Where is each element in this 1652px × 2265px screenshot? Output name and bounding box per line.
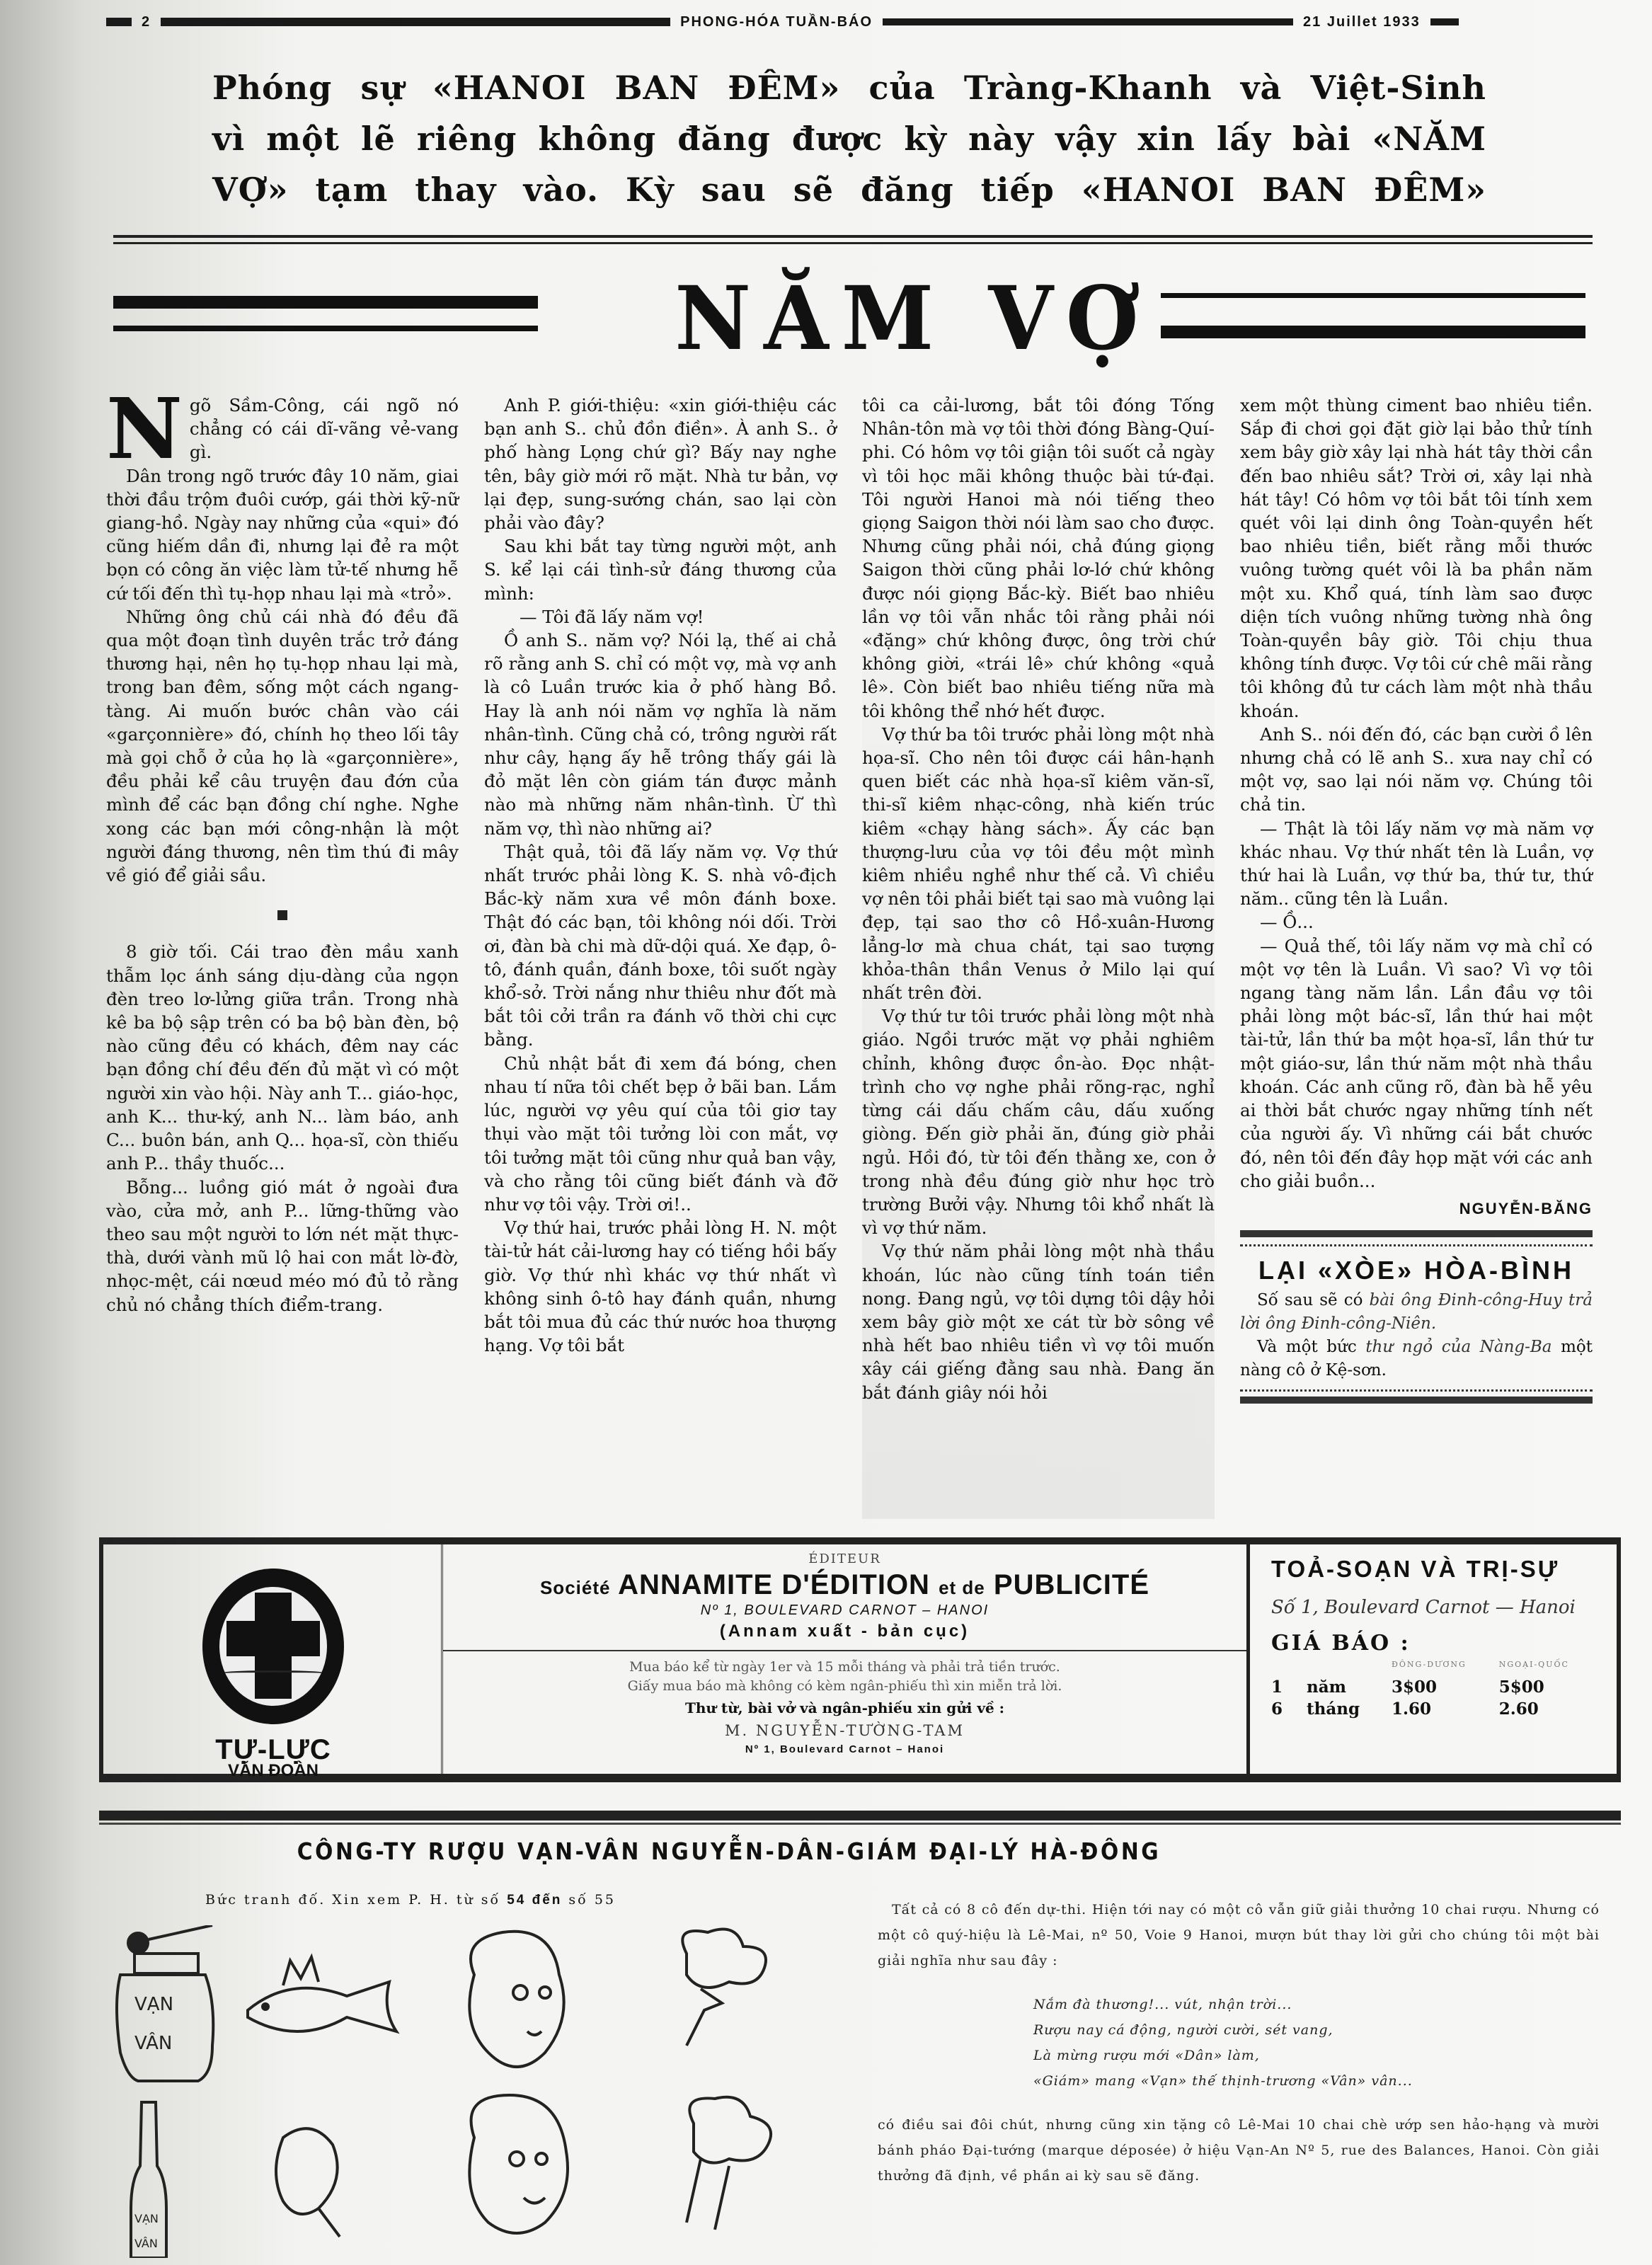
paragraph: Anh S.. nói đến đó, các bạn cười ồ lên n… xyxy=(1240,723,1593,817)
contest-intro: Tất cả có 8 cô đến dự-thi. Hiện tới nay … xyxy=(878,1897,1600,1973)
paragraph: Vợ thứ ba tôi trước phải lòng một nhà họ… xyxy=(862,723,1215,1004)
paragraph: Anh P. giới-thiệu: «xin giới-thiệu các b… xyxy=(484,394,837,534)
section-rule xyxy=(99,1811,1621,1820)
drop-cap: N xyxy=(106,396,183,461)
company-address: Nº 1, BOULEVARD CARNOT – HANOI xyxy=(443,1602,1246,1619)
paragraph: Chủ nhật bắt đi xem đá bóng, chen nhau t… xyxy=(484,1052,837,1216)
dialogue-line: — Tôi đã lấy năm vợ! xyxy=(484,605,837,629)
author-signature: NGUYỄN-BĂNG xyxy=(1240,1197,1593,1220)
woman-face-icon xyxy=(469,2095,568,2233)
paragraph: tôi ca cải-lương, bắt tôi đóng Tống Nhân… xyxy=(862,394,1215,723)
dialogue-line: — Thật là tôi lấy năm vợ mà năm vợ khác … xyxy=(1240,817,1593,911)
dialogue-line: — Quả thế, tôi lấy năm vợ mà chỉ có một … xyxy=(1240,934,1593,1193)
header-rule xyxy=(883,18,1293,25)
title-rule xyxy=(1161,293,1585,298)
subscription-note: Giấy mua báo mà không có kèm ngân-phiếu … xyxy=(443,1678,1246,1695)
price-table: ĐÔNG-DƯƠNG NGOẠI-QUỐC 1 năm 3$00 5$00 6 … xyxy=(1271,1660,1600,1720)
paragraph: 8 giờ tối. Cái trao đèn mầu xanh thẫm lọ… xyxy=(106,940,459,1175)
rebus-drawings: VẠN VÂN VẠN VÂN xyxy=(106,1925,856,2258)
issue-date: 21 Juillet 1933 xyxy=(1303,14,1421,30)
tu-luc-logo: TỰ-LỰC VĂN ĐOÀN xyxy=(103,1544,443,1774)
box-rule xyxy=(1240,1397,1593,1404)
poem-line: Rượu nay cá động, người cười, sét vang, xyxy=(1033,2017,1600,2043)
announcement-title: LẠI «XÒE» HÒA-BÌNH xyxy=(1240,1258,1593,1282)
wine-bottle-icon: VẠN VÂN xyxy=(131,2102,166,2258)
newspaper-page: 2 PHONG-HÓA TUẦN-BÁO 21 Juillet 1933 Phó… xyxy=(0,0,1652,2265)
office-address: Số 1, Boulevard Carnot — Hanoi xyxy=(1271,1597,1600,1618)
poem-line: «Giám» mang «Vạn» thế thịnh-trương «Vân»… xyxy=(1033,2068,1600,2094)
office-title: TOẢ-SOẠN VÀ TRỊ-SỰ xyxy=(1271,1556,1600,1583)
header-rule xyxy=(1430,18,1459,25)
paragraph: Thật quả, tôi đã lấy năm vợ. Vợ thứ nhất… xyxy=(484,840,837,1052)
subscription-note: Mua báo kể từ ngày 1er và 15 mỗi tháng v… xyxy=(443,1658,1246,1676)
contest-text: Tất cả có 8 cô đến dự-thi. Hiện tới nay … xyxy=(878,1897,1600,2189)
publisher-info: ÉDITEUR Société ANNAMITE D'ÉDITION et de… xyxy=(443,1544,1250,1774)
title-rule xyxy=(113,296,538,309)
column-header: ĐÔNG-DƯƠNG xyxy=(1392,1660,1499,1676)
article-columns: Ngõ Sầm-Công, cái ngõ nó chẳng có cái dĩ… xyxy=(106,394,1593,1519)
publication-name: PHONG-HÓA TUẦN-BÁO xyxy=(680,14,873,30)
logo-subtitle: VĂN ĐOÀN xyxy=(103,1761,443,1781)
cross-emblem-icon xyxy=(202,1569,344,1724)
puzzle-caption: Bức tranh đố. Xin xem P. H. từ số 54 đến… xyxy=(205,1892,616,1908)
paragraph: Vợ thứ năm phải lòng một nhà thầu khoán,… xyxy=(862,1239,1215,1404)
send-to-label: Thư từ, bài vở và ngân-phiếu xin gửi về … xyxy=(443,1699,1246,1716)
header-rule xyxy=(106,18,132,26)
page-number: 2 xyxy=(142,14,151,30)
announcement-line: Và một bức thư ngỏ của Nàng-Ba một nàng … xyxy=(1240,1336,1593,1382)
svg-text:VẠN: VẠN xyxy=(134,2212,159,2225)
dialogue-line: — Ồ... xyxy=(1240,910,1593,934)
woman-face-icon xyxy=(469,1932,563,2067)
poem-line: Nắm đà thương!... vút, nhận trời... xyxy=(1033,1992,1600,2017)
paragraph: Vợ thứ tư tôi trước phải lòng một nhà gi… xyxy=(862,1004,1215,1239)
double-rule-top xyxy=(113,235,1593,238)
wine-jar-icon: VẠN VÂN xyxy=(117,1925,213,2081)
announcement-line: Số sau sẽ có bài ông Đinh-công-Huy trả l… xyxy=(1240,1289,1593,1336)
announcement-box: LẠI «XÒE» HÒA-BÌNH Số sau sẽ có bài ông … xyxy=(1240,1230,1593,1404)
paragraph: Sau khi bắt tay từng người một, anh S. k… xyxy=(484,534,837,605)
box-rule xyxy=(1240,1230,1593,1237)
editorial-notice: Phóng sự «HANOI BAN ĐÊM» của Tràng-Khanh… xyxy=(212,62,1486,215)
contest-closing: có điều sai đôi chút, nhưng cũng xin tặn… xyxy=(878,2112,1600,2189)
svg-text:VẠN: VẠN xyxy=(134,1994,173,2015)
curled-fish-icon xyxy=(276,2128,340,2237)
title-rule xyxy=(1161,326,1585,338)
paragraph: Bỗng... luồng gió mát ở ngoài đưa vào, c… xyxy=(106,1176,459,1317)
poem-line: Là mừng rượu mới «Dân» làm, xyxy=(1033,2043,1600,2068)
company-vietnamese-name: (Annam xuất - bản cục) xyxy=(443,1622,1246,1651)
thunder-cloud-icon xyxy=(687,2097,771,2230)
paragraph: xem một thùng ciment bao nhiêu tiền. Sắp… xyxy=(1240,394,1593,723)
fish-icon xyxy=(248,1957,396,2031)
running-header: 2 PHONG-HÓA TUẦN-BÁO 21 Juillet 1933 xyxy=(106,13,1600,31)
editeur-label: ÉDITEUR xyxy=(443,1552,1246,1566)
column-header: NGOẠI-QUỐC xyxy=(1499,1660,1600,1676)
section-separator-icon xyxy=(106,902,459,926)
double-rule-bottom xyxy=(113,242,1593,244)
notice-line: vì một lẽ riêng không đăng được kỳ này v… xyxy=(212,113,1486,164)
office-and-prices: TOẢ-SOẠN VÀ TRỊ-SỰ Số 1, Boulevard Carno… xyxy=(1250,1544,1617,1774)
section-rule xyxy=(99,1823,1621,1825)
wine-ad-headline: CÔNG-TY RƯỢU VẠN-VÂN NGUYỄN-DÂN-GIÁM ĐẠI… xyxy=(200,1837,1258,1865)
article-title: NĂM VỢ xyxy=(665,267,1161,370)
notice-line: VỢ» tạm thay vào. Kỳ sau sẽ đăng tiếp «H… xyxy=(212,164,1486,215)
article-column-2: Anh P. giới-thiệu: «xin giới-thiệu các b… xyxy=(484,394,837,1519)
title-rule xyxy=(113,326,538,331)
contest-poem: Nắm đà thương!... vút, nhận trời... Rượu… xyxy=(1033,1992,1600,2094)
recipient-name: M. NGUYỄN-TƯỜNG-TAM xyxy=(443,1722,1246,1739)
article-column-4: xem một thùng ciment bao nhiêu tiền. Sắp… xyxy=(1240,394,1593,1519)
svg-text:VÂN: VÂN xyxy=(134,2031,172,2054)
paragraph: Ngõ Sầm-Công, cái ngõ nó chẳng có cái dĩ… xyxy=(106,394,459,464)
box-dotted-rule xyxy=(1240,1389,1593,1394)
article-column-3: tôi ca cải-lương, bắt tôi đóng Tống Nhân… xyxy=(862,394,1215,1519)
paragraph: Dân trong ngõ trước đây 10 năm, giai thờ… xyxy=(106,464,459,605)
header-rule xyxy=(161,18,670,26)
paragraph: Vợ thứ hai, trước phải lòng H. N. một tà… xyxy=(484,1216,837,1357)
price-title: GIÁ BÁO : xyxy=(1271,1631,1600,1656)
article-title-block: NĂM VỢ xyxy=(106,269,1585,361)
price-row: 1 năm 3$00 5$00 xyxy=(1271,1676,1600,1698)
company-name: Société ANNAMITE D'ÉDITION et de PUBLICI… xyxy=(443,1569,1246,1601)
thunder-cloud-icon xyxy=(682,1929,766,2046)
box-dotted-rule xyxy=(1240,1244,1593,1249)
notice-line: Phóng sự «HANOI BAN ĐÊM» của Tràng-Khanh… xyxy=(212,62,1486,113)
recipient-address: Nº 1, Boulevard Carnot – Hanoi xyxy=(443,1743,1246,1755)
paragraph: Ồ anh S.. năm vợ? Nói lạ, thế ai chả rõ … xyxy=(484,629,837,840)
article-column-1: Ngõ Sầm-Công, cái ngõ nó chẳng có cái dĩ… xyxy=(106,394,459,1519)
price-row: 6 tháng 1.60 2.60 xyxy=(1271,1698,1600,1720)
svg-text:VÂN: VÂN xyxy=(134,2237,158,2250)
publisher-ad: TỰ-LỰC VĂN ĐOÀN ÉDITEUR Société ANNAMITE… xyxy=(99,1537,1621,1782)
paragraph: Những ông chủ cái nhà đó đều đã qua một … xyxy=(106,605,459,887)
